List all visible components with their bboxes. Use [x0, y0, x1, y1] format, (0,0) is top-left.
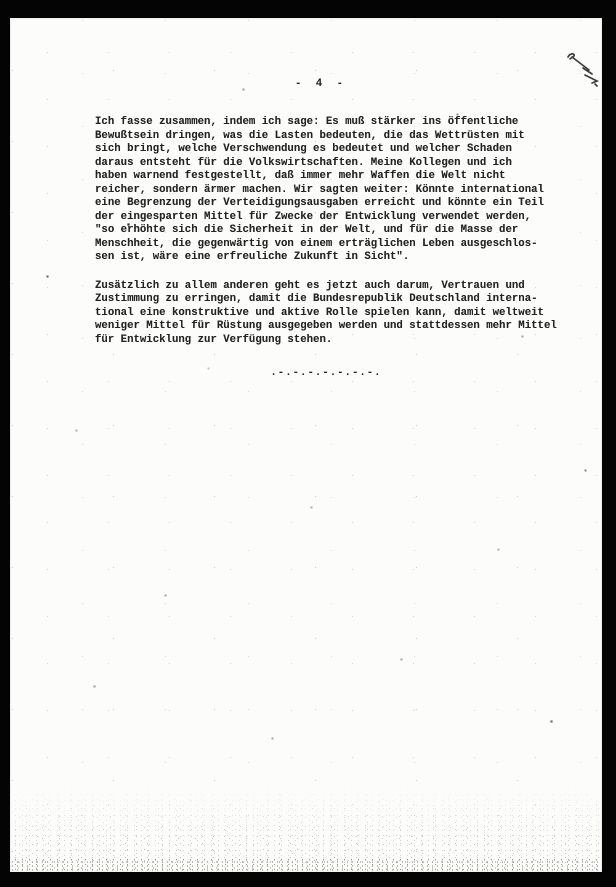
section-separator: .-.-.-.-.-.-.-.: [95, 367, 557, 379]
page-number: - 4 -: [95, 78, 547, 90]
pen-mark-icon: [559, 49, 602, 95]
scan-noise-band: [10, 784, 602, 864]
document-body: Ich fasse zusammen, indem ich sage: Es m…: [95, 116, 575, 379]
scan-noise-edge: [10, 859, 602, 872]
scan-speckles: [10, 18, 11, 19]
document-page: - 4 - Ich fasse zusammen, indem ich sage…: [10, 18, 602, 872]
scanned-page-background: - 4 - Ich fasse zusammen, indem ich sage…: [0, 0, 616, 887]
paragraph-closing: Zusätzlich zu allem anderen geht es jetz…: [95, 280, 575, 348]
paragraph-summary: Ich fasse zusammen, indem ich sage: Es m…: [95, 116, 575, 265]
